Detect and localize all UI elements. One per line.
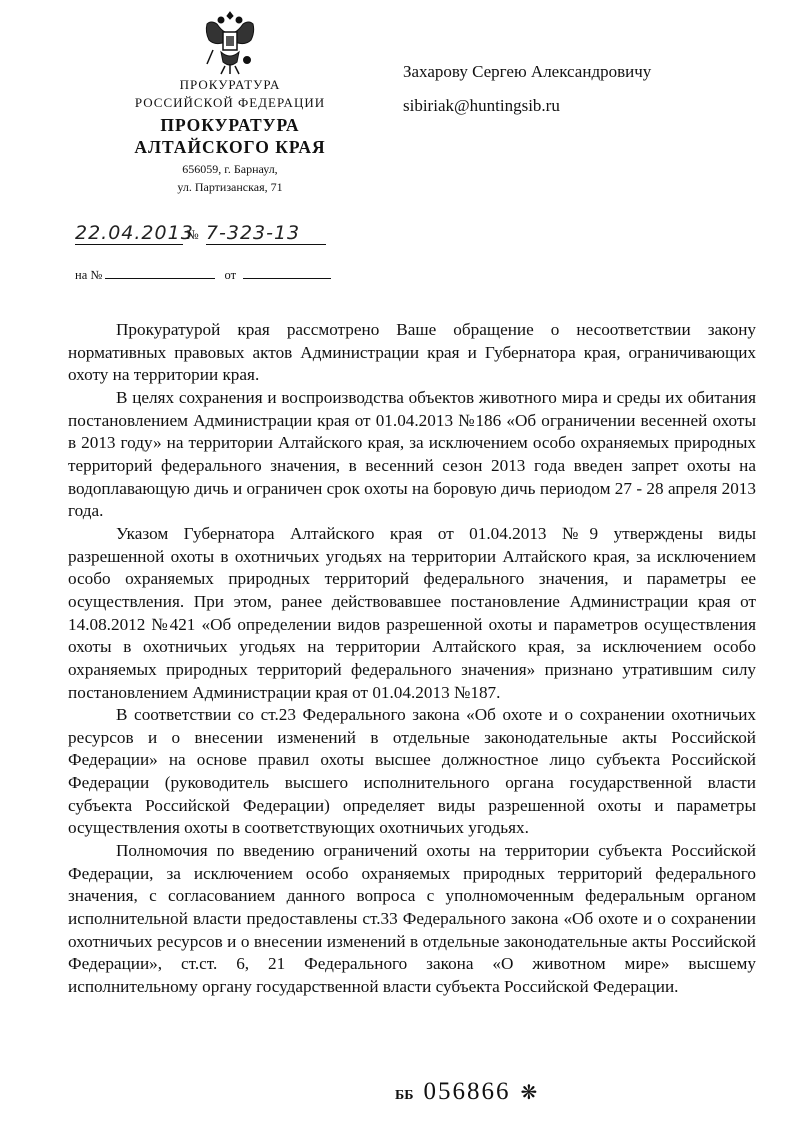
number-label: № <box>186 227 198 242</box>
recipient-email: sibiriak@huntingsib.ru <box>403 89 651 123</box>
form-serial-number: ББ 056866 ❋ <box>395 1078 537 1106</box>
address-line2: ул. Партизанская, 71 <box>80 178 380 196</box>
serial-number: 056866 <box>424 1078 511 1105</box>
office-name-line1: ПРОКУРАТУРА <box>80 114 380 136</box>
address-line1: 656059, г. Барнаул, <box>80 160 380 178</box>
recipient-block: Захарову Сергею Александровичу sibiriak@… <box>403 55 651 123</box>
paragraph: Полномочия по введению ограничений охоты… <box>68 840 756 999</box>
serial-prefix: ББ <box>395 1088 414 1103</box>
rosette-icon: ❋ <box>521 1082 538 1104</box>
registration-line: 22.04.2013 № 7-323-13 <box>75 222 326 245</box>
paragraph: В целях сохранения и воспроизводства объ… <box>68 387 756 523</box>
reply-reference-line: на № от <box>75 266 331 283</box>
org-name-line2: РОССИЙСКОЙ ФЕДЕРАЦИИ <box>80 94 380 112</box>
paragraph: Прокуратурой края рассмотрено Ваше обращ… <box>68 319 756 387</box>
paragraph: В соответствии со ст.23 Федерального зак… <box>68 704 756 840</box>
registration-date: 22.04.2013 <box>75 222 183 245</box>
letterhead: ПРОКУРАТУРА РОССИЙСКОЙ ФЕДЕРАЦИИ ПРОКУРА… <box>80 10 380 196</box>
reply-date-blank <box>243 266 331 279</box>
paragraph: Указом Губернатора Алтайского края от 01… <box>68 523 756 704</box>
org-name-line1: ПРОКУРАТУРА <box>80 76 380 94</box>
letter-body: Прокуратурой края рассмотрено Ваше обращ… <box>68 319 756 999</box>
office-name-line2: АЛТАЙСКОГО КРАЯ <box>80 136 380 158</box>
reply-number-blank <box>105 266 215 279</box>
reply-date-label: от <box>225 268 237 282</box>
recipient-name: Захарову Сергею Александровичу <box>403 55 651 89</box>
coat-of-arms-icon <box>199 10 261 76</box>
reply-number-label: на № <box>75 268 102 282</box>
registration-number: 7-323-13 <box>206 222 326 245</box>
